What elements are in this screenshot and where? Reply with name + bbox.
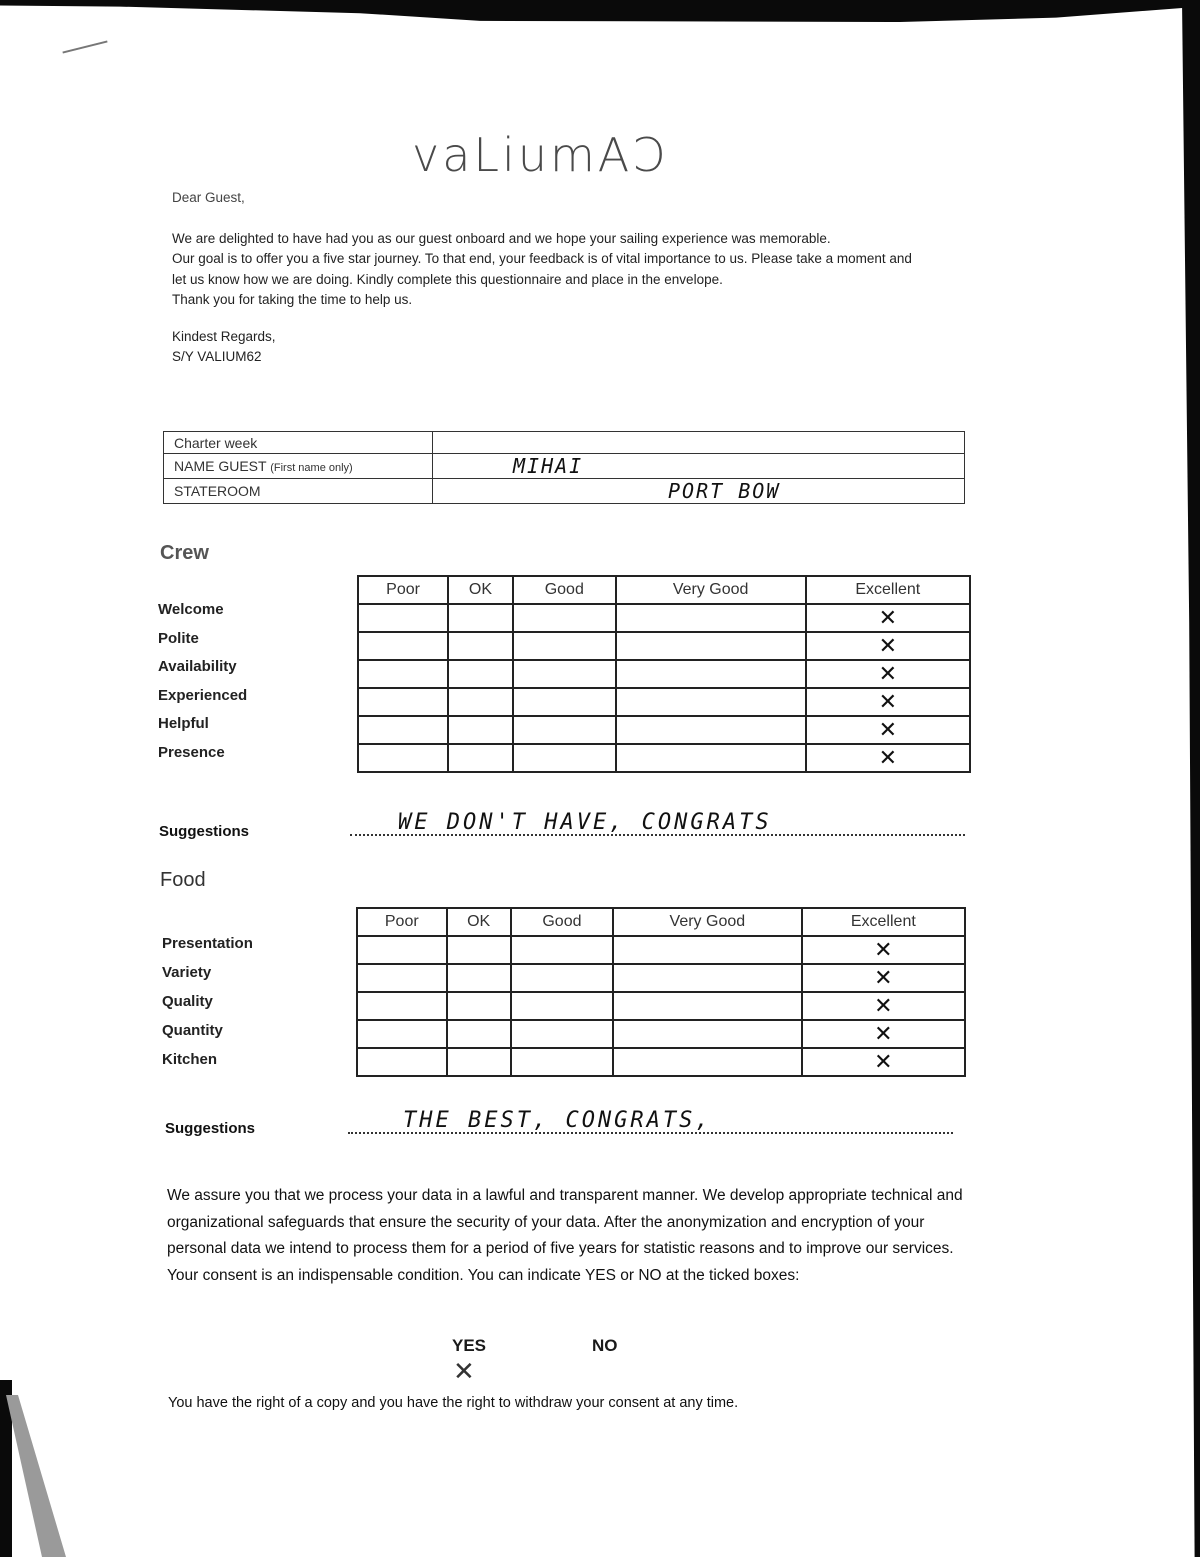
consent-yes-option[interactable]: YES: [452, 1336, 486, 1356]
rating-column-header: Very Good: [613, 908, 802, 936]
rating-column-header: Good: [511, 908, 613, 936]
rating-cell-very-good[interactable]: [616, 660, 806, 688]
rights-notice: You have the right of a copy and you hav…: [168, 1395, 738, 1411]
scan-edge-top: [0, 0, 1200, 22]
rating-row-label: Experienced: [158, 687, 247, 704]
rating-cell-ok[interactable]: [447, 1020, 511, 1048]
x-mark-icon: ✕: [874, 937, 892, 962]
crew-rating-table: PoorOKGoodVery GoodExcellent ✕✕✕✕✕✕: [357, 575, 971, 773]
charter-week-label: Charter week: [164, 432, 433, 454]
rating-column-header: OK: [447, 908, 511, 936]
rating-cell-good[interactable]: [513, 660, 616, 688]
letter-signature: S/Y VALIUM62: [172, 347, 922, 368]
rating-cell-excellent[interactable]: ✕: [806, 716, 970, 744]
x-mark-icon: ✕: [874, 965, 892, 990]
rating-cell-excellent[interactable]: ✕: [806, 744, 970, 772]
rating-cell-excellent[interactable]: ✕: [802, 1048, 965, 1076]
rating-cell-poor[interactable]: [357, 1048, 447, 1076]
stateroom-label: STATEROOM: [164, 479, 433, 504]
rating-column-header: OK: [448, 576, 513, 604]
crew-suggestions-value: WE DON'T HAVE, CONGRATS: [398, 810, 772, 835]
rating-cell-good[interactable]: [513, 716, 616, 744]
rating-cell-excellent[interactable]: ✕: [802, 992, 965, 1020]
x-mark-icon: ✕: [874, 1021, 892, 1046]
stateroom-field[interactable]: PORT BOW: [433, 479, 965, 504]
brand-logo: vaLiumAƆ: [412, 128, 667, 182]
rating-row: ✕: [358, 604, 970, 632]
rating-cell-very-good[interactable]: [616, 604, 806, 632]
x-mark-icon: ✕: [879, 717, 897, 742]
rating-cell-poor[interactable]: [358, 632, 448, 660]
rating-column-header: Very Good: [616, 576, 806, 604]
rating-cell-poor[interactable]: [358, 716, 448, 744]
rating-cell-poor[interactable]: [358, 744, 448, 772]
rating-cell-very-good[interactable]: [616, 632, 806, 660]
rating-cell-very-good[interactable]: [613, 936, 802, 964]
rating-cell-good[interactable]: [513, 632, 616, 660]
rating-row-label: Helpful: [158, 715, 209, 732]
rating-cell-good[interactable]: [511, 1048, 613, 1076]
rating-column-header: Good: [513, 576, 616, 604]
letter-paragraph: Thank you for taking the time to help us…: [172, 290, 922, 311]
rating-cell-excellent[interactable]: ✕: [802, 1020, 965, 1048]
letter-paragraph: Our goal is to offer you a five star jou…: [172, 249, 922, 290]
rating-cell-ok[interactable]: [447, 936, 511, 964]
rating-cell-very-good[interactable]: [616, 716, 806, 744]
rating-cell-poor[interactable]: [357, 936, 447, 964]
food-suggestions-label: Suggestions: [165, 1120, 255, 1137]
rating-cell-good[interactable]: [511, 936, 613, 964]
rating-row-label: Quality: [162, 993, 213, 1010]
rating-cell-good[interactable]: [511, 1020, 613, 1048]
x-mark-icon: ✕: [879, 745, 897, 770]
rating-cell-very-good[interactable]: [616, 744, 806, 772]
rating-column-header: Poor: [358, 576, 448, 604]
rating-cell-excellent[interactable]: ✕: [806, 688, 970, 716]
cover-letter: Dear Guest, We are delighted to have had…: [172, 188, 922, 368]
rating-cell-ok[interactable]: [448, 716, 513, 744]
rating-cell-excellent[interactable]: ✕: [802, 936, 965, 964]
rating-row-label: Welcome: [158, 601, 224, 618]
rating-cell-good[interactable]: [511, 992, 613, 1020]
rating-cell-ok[interactable]: [448, 744, 513, 772]
rating-row-label: Polite: [158, 630, 199, 647]
rating-cell-ok[interactable]: [448, 660, 513, 688]
food-suggestions-value: THE BEST, CONGRATS,: [403, 1108, 712, 1133]
crew-section-title: Crew: [160, 542, 209, 565]
rating-cell-excellent[interactable]: ✕: [802, 964, 965, 992]
name-guest-label-text: NAME GUEST: [174, 458, 266, 474]
consent-yes-mark: ✕: [453, 1356, 475, 1387]
rating-row: ✕: [358, 744, 970, 772]
name-guest-hint: (First name only): [270, 462, 353, 474]
x-mark-icon: ✕: [879, 605, 897, 630]
rating-row-label: Quantity: [162, 1022, 223, 1039]
letter-paragraph: We are delighted to have had you as our …: [172, 229, 922, 250]
name-guest-label: NAME GUEST (First name only): [164, 454, 433, 479]
rating-cell-poor[interactable]: [358, 660, 448, 688]
rating-cell-excellent[interactable]: ✕: [806, 632, 970, 660]
stray-pen-mark: [62, 40, 107, 53]
rating-cell-poor[interactable]: [357, 1020, 447, 1048]
x-mark-icon: ✕: [879, 633, 897, 658]
rating-cell-good[interactable]: [513, 744, 616, 772]
crew-suggestions-label: Suggestions: [159, 823, 249, 840]
rating-cell-poor[interactable]: [358, 688, 448, 716]
rating-cell-good[interactable]: [513, 688, 616, 716]
rating-column-header: Poor: [357, 908, 447, 936]
rating-row-label: Presence: [158, 744, 225, 761]
rating-cell-excellent[interactable]: ✕: [806, 604, 970, 632]
guest-info-table: Charter week NAME GUEST (First name only…: [163, 431, 965, 504]
scan-edge-right: [1182, 0, 1200, 1557]
rating-row-label: Availability: [158, 658, 237, 675]
rating-cell-ok[interactable]: [447, 992, 511, 1020]
privacy-notice: We assure you that we process your data …: [167, 1183, 967, 1289]
x-mark-icon: ✕: [874, 1049, 892, 1074]
rating-cell-ok[interactable]: [448, 688, 513, 716]
rating-row: ✕: [358, 716, 970, 744]
rating-row-label: Kitchen: [162, 1051, 217, 1068]
rating-cell-very-good[interactable]: [613, 992, 802, 1020]
letter-closing: Kindest Regards,: [172, 327, 922, 348]
letter-greeting: Dear Guest,: [172, 188, 922, 209]
rating-cell-ok[interactable]: [447, 964, 511, 992]
rating-row-label: Variety: [162, 964, 211, 981]
rating-row-label: Presentation: [162, 935, 253, 952]
rating-row: ✕: [357, 1048, 965, 1076]
rating-column-header: Excellent: [806, 576, 970, 604]
rating-row: ✕: [358, 688, 970, 716]
rating-cell-ok[interactable]: [447, 1048, 511, 1076]
rating-row: ✕: [358, 632, 970, 660]
x-mark-icon: ✕: [879, 661, 897, 686]
x-mark-icon: ✕: [879, 689, 897, 714]
consent-no-option[interactable]: NO: [592, 1336, 618, 1356]
stateroom-value: PORT BOW: [668, 479, 780, 503]
x-mark-icon: ✕: [874, 993, 892, 1018]
rating-cell-poor[interactable]: [357, 964, 447, 992]
food-section-title: Food: [160, 869, 206, 892]
rating-cell-poor[interactable]: [357, 992, 447, 1020]
name-guest-field[interactable]: MIHAI: [433, 454, 965, 479]
rating-cell-good[interactable]: [511, 964, 613, 992]
rating-cell-poor[interactable]: [358, 604, 448, 632]
rating-row: ✕: [357, 1020, 965, 1048]
rating-cell-ok[interactable]: [448, 604, 513, 632]
rating-cell-good[interactable]: [513, 604, 616, 632]
rating-cell-very-good[interactable]: [613, 1048, 802, 1076]
rating-column-header: Excellent: [802, 908, 965, 936]
rating-row: ✕: [357, 964, 965, 992]
paper-fold: [6, 1395, 66, 1557]
rating-cell-excellent[interactable]: ✕: [806, 660, 970, 688]
rating-row: ✕: [357, 936, 965, 964]
charter-week-field[interactable]: [433, 432, 965, 454]
rating-cell-very-good[interactable]: [616, 688, 806, 716]
rating-cell-very-good[interactable]: [613, 1020, 802, 1048]
food-suggestions-field[interactable]: THE BEST, CONGRATS,: [348, 1108, 953, 1134]
rating-cell-very-good[interactable]: [613, 964, 802, 992]
name-guest-value: MIHAI: [513, 454, 583, 478]
rating-cell-ok[interactable]: [448, 632, 513, 660]
rating-row: ✕: [357, 992, 965, 1020]
crew-suggestions-field[interactable]: WE DON'T HAVE, CONGRATS: [350, 810, 965, 836]
rating-row: ✕: [358, 660, 970, 688]
food-rating-table: PoorOKGoodVery GoodExcellent ✕✕✕✕✕: [356, 907, 966, 1077]
